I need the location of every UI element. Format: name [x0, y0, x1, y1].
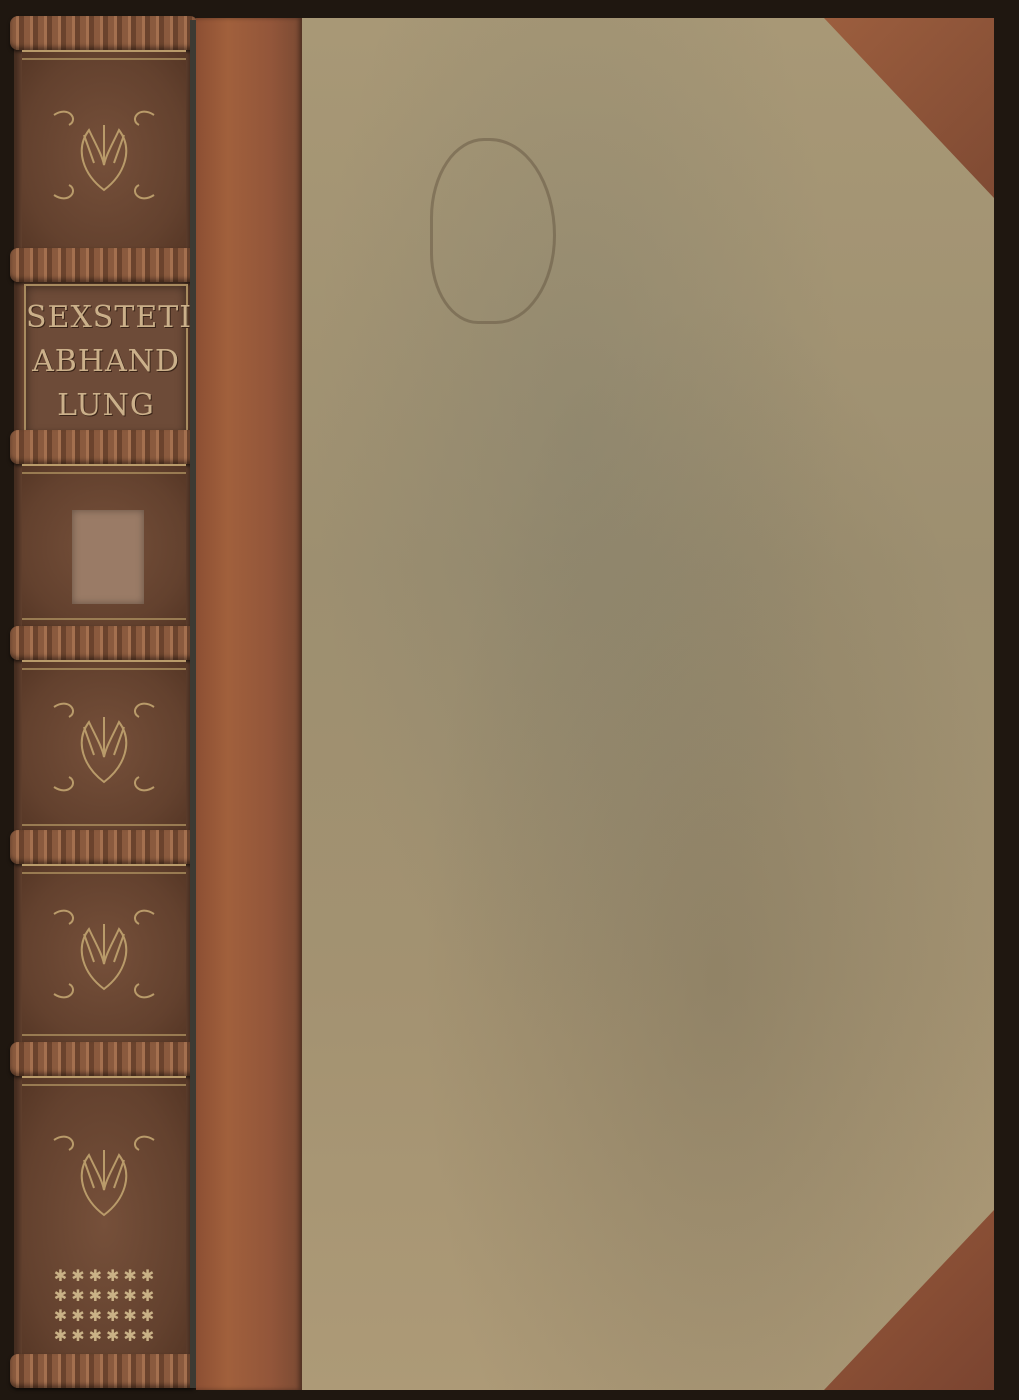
spine-panel-3 [22, 660, 186, 834]
spine-tailcap [10, 1354, 198, 1388]
palmette-ornament-icon [44, 687, 164, 807]
leather-corner-bottom [824, 1210, 994, 1390]
star-row: ✱✱✱✱✱✱ [28, 1326, 184, 1346]
star-row: ✱✱✱✱✱✱ [28, 1266, 184, 1286]
spine-title-line-2: ABHAND [26, 340, 186, 384]
spine-headcap [10, 16, 198, 50]
spine-band-2 [10, 430, 198, 464]
spine-band-3 [10, 626, 198, 660]
spine-band-1 [10, 248, 198, 282]
front-cover [196, 18, 994, 1390]
spine-band-4 [10, 830, 198, 864]
star-rows-icon: ✱✱✱✱✱✱ ✱✱✱✱✱✱ ✱✱✱✱✱✱ ✱✱✱✱✱✱ [28, 1266, 184, 1366]
water-stain [430, 138, 556, 324]
star-row: ✱✱✱✱✱✱ [28, 1306, 184, 1326]
palmette-ornament-icon [44, 95, 164, 215]
leather-corner-top [824, 18, 994, 198]
book: SEXSTETI ABHAND LUNG [0, 0, 1019, 1400]
star-row: ✱✱✱✱✱✱ [28, 1286, 184, 1306]
marbled-paper-board [302, 18, 994, 1390]
spine-panel-1 [22, 50, 186, 260]
palmette-ornament-icon [44, 894, 164, 1014]
spine-panel-4 [22, 864, 186, 1044]
spine: SEXSTETI ABHAND LUNG [14, 16, 194, 1388]
spine-title-line-3: LUNG [26, 384, 186, 428]
palmette-ornament-icon [44, 1120, 164, 1240]
spine-title-label: SEXSTETI ABHAND LUNG [24, 284, 188, 438]
spine-title-line-1: SEXSTETI [26, 296, 186, 340]
spine-band-5 [10, 1042, 198, 1076]
spine-damaged-patch [72, 510, 144, 604]
leather-spine-strip [196, 18, 302, 1390]
